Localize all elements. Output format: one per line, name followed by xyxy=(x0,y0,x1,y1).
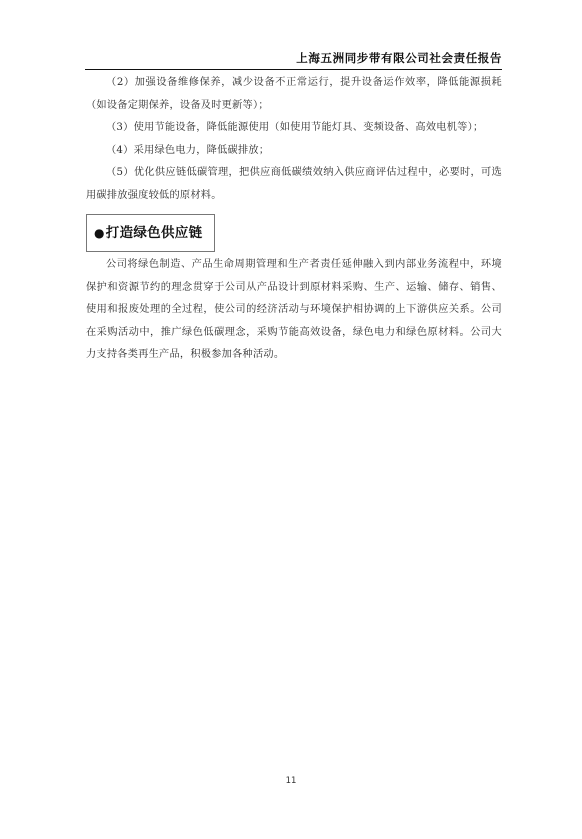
bullet-icon: ● xyxy=(94,222,105,245)
section-heading: 打造绿色供应链 xyxy=(106,222,203,245)
body-paragraph: 公司将绿色制造、产品生命周期管理和生产者责任延伸融入到内部业务流程中，环境保护和… xyxy=(86,254,502,367)
section-heading-box: ● 打造绿色供应链 xyxy=(86,214,215,252)
page-header: 上海五洲同步带有限公司社会责任报告 xyxy=(85,48,502,70)
list-item: （4）采用绿色电力，降低碳排放； xyxy=(86,140,502,163)
page-content: （2）加强设备维修保养，减少设备不正常运行，提升设备运作效率，降低能源损耗（如设… xyxy=(86,72,502,367)
list-item: （3）使用节能设备，降低能源使用（如使用节能灯具、变频设备、高效电机等）； xyxy=(86,117,502,140)
report-title: 上海五洲同步带有限公司社会责任报告 xyxy=(296,50,502,66)
list-item: （2）加强设备维修保养，减少设备不正常运行，提升设备运作效率，降低能源损耗（如设… xyxy=(86,72,502,117)
page-number: 11 xyxy=(0,776,582,786)
list-item: （5）优化供应链低碳管理，把供应商低碳绩效纳入供应商评估过程中，必要时，可选用碳… xyxy=(86,162,502,207)
